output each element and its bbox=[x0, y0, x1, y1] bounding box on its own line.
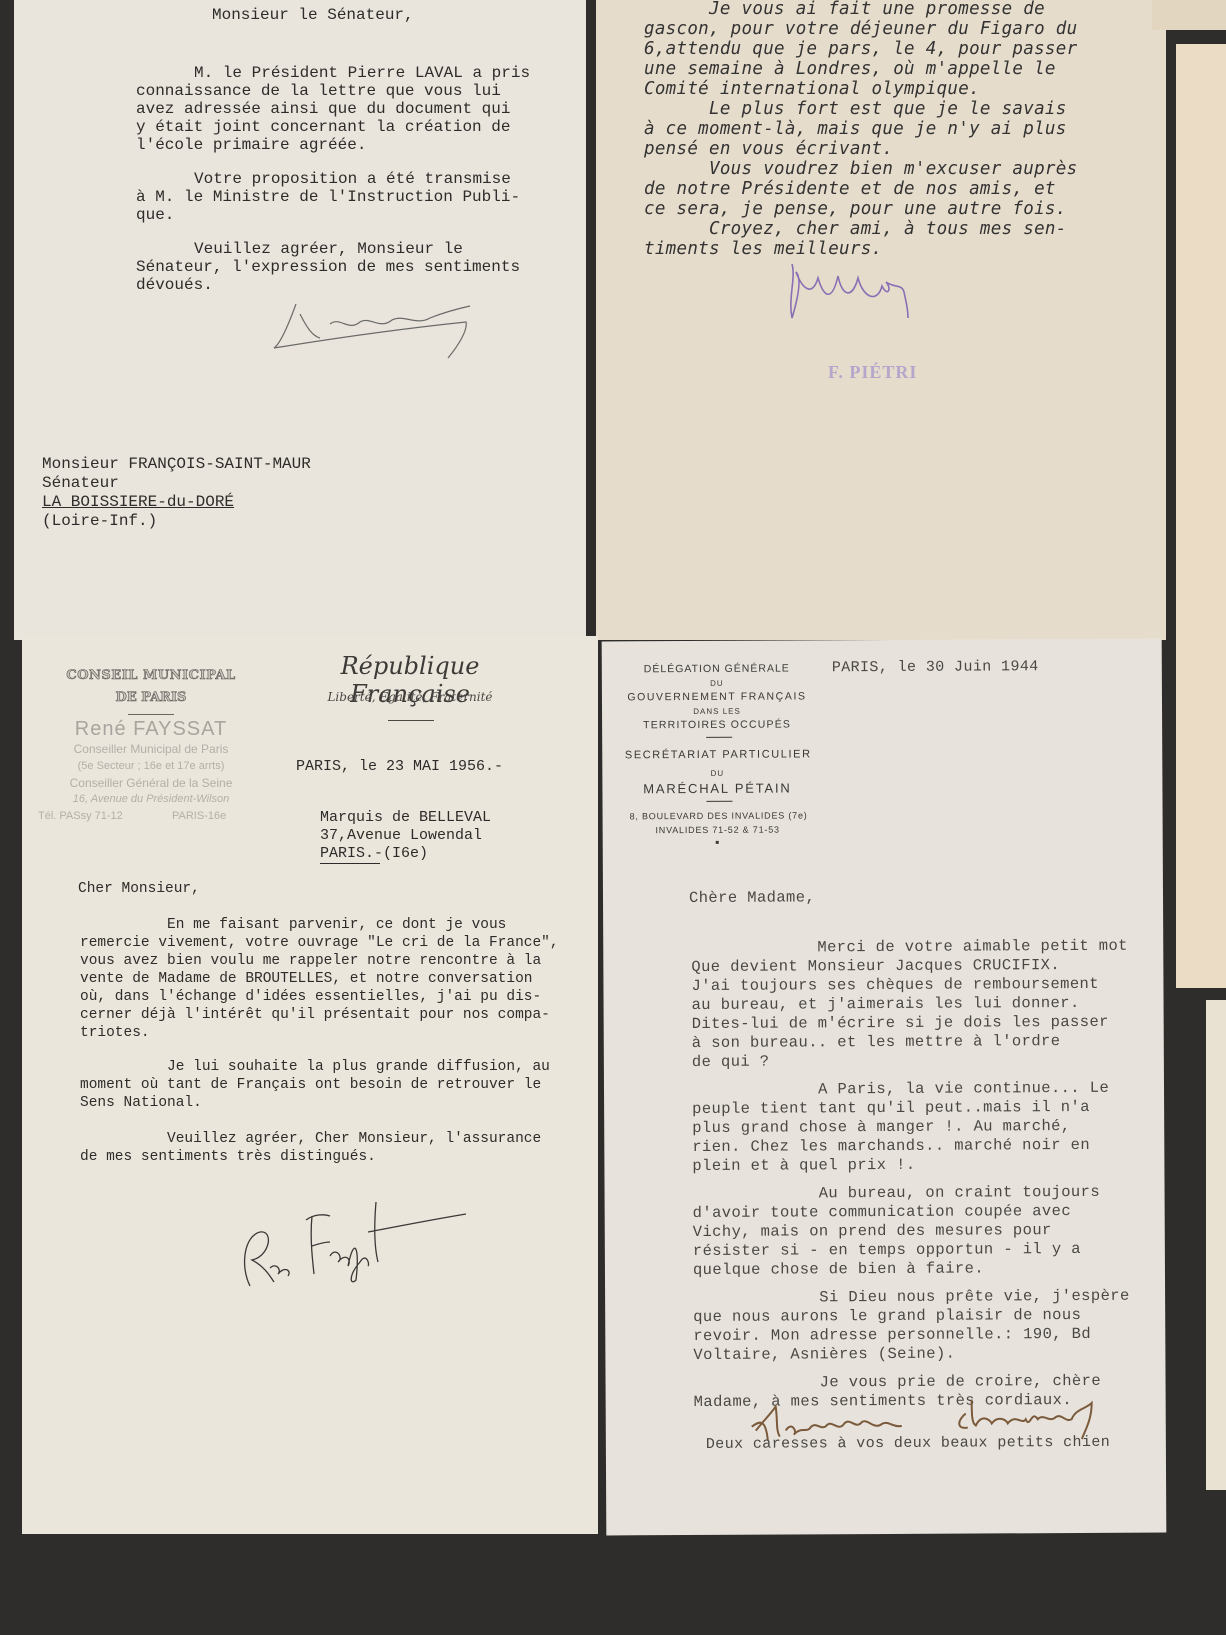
body-line: Que devient Monsieur Jacques CRUCIFIX. bbox=[691, 956, 1060, 977]
body-line: Vous voudrez bien m'excuser auprès bbox=[644, 160, 1077, 180]
body-line: Veuillez agréer, Cher Monsieur, l'assura… bbox=[80, 1130, 541, 1148]
body-line: Croyez, cher ami, à tous mes sen- bbox=[644, 220, 1067, 240]
paragraph-line: M. le Président Pierre LAVAL a pris bbox=[194, 64, 530, 83]
councillor-title: Conseiller Municipal de Paris bbox=[36, 742, 266, 756]
divider bbox=[706, 801, 732, 802]
body-line: remercie vivement, votre ouvrage "Le cri… bbox=[80, 934, 559, 952]
name-stamp: F. PIÉTRI bbox=[828, 362, 917, 383]
councillor-address: 16, Avenue du Président-Wilson bbox=[36, 793, 266, 805]
body-line: Vichy, mais on prend des mesures pour bbox=[693, 1221, 1052, 1242]
recipient-line: (Loire-Inf.) bbox=[42, 512, 157, 531]
republic-motto: Liberté, Egalité, Fraternité bbox=[290, 690, 530, 704]
salutation: Chère Madame, bbox=[689, 888, 815, 908]
paragraph-line: que. bbox=[136, 206, 174, 225]
recipient-line: PARIS.-(I6e) bbox=[320, 845, 428, 863]
partial-sheet-right bbox=[1176, 44, 1226, 988]
letterhead-line: DU bbox=[622, 768, 812, 778]
body-line: peuple tient tant qu'il peut..mais il n'… bbox=[692, 1098, 1090, 1119]
body-line: Si Dieu nous prête vie, j'espère bbox=[693, 1287, 1130, 1309]
letter-fayssat: CONSEIL MUNICIPAL DE PARIS René FAYSSAT … bbox=[22, 636, 598, 1534]
paragraph-line: Sénateur, l'expression de mes sentiments bbox=[136, 258, 520, 277]
body-line: Voltaire, Asnières (Seine). bbox=[693, 1345, 955, 1366]
body-line: ce sera, je pense, pour une autre fois. bbox=[644, 200, 1067, 220]
recipient-line: Monsieur FRANÇOIS-SAINT-MAUR bbox=[42, 455, 311, 474]
paragraph-line: avez adressée ainsi que du document qui bbox=[136, 100, 510, 119]
body-line: vente de Madame de BROUTELLES, et notre … bbox=[80, 970, 532, 988]
letterhead-phone: INVALIDES 71-52 & 71-53 bbox=[613, 824, 823, 835]
councillor-tel: Tél. PASsy 71-12 bbox=[38, 810, 138, 822]
body-line: une semaine à Londres, où m'appelle le bbox=[644, 60, 1056, 80]
paragraph-line: y était joint concernant la création de bbox=[136, 118, 510, 137]
councillor-city: PARIS-16e bbox=[172, 810, 252, 822]
body-line: au bureau, et j'aimerais les lui donner. bbox=[692, 994, 1080, 1015]
body-line: cerner déjà l'intérêt qu'il présentait p… bbox=[80, 1006, 550, 1024]
letter-date: PARIS, le 23 MAI 1956.- bbox=[296, 758, 503, 776]
postscript: Deux caresses à vos deux beaux petits ch… bbox=[706, 1433, 1110, 1454]
body-line: plus grand chose à manger !. Au marché, bbox=[692, 1117, 1070, 1138]
partial-sheet-bottom-right bbox=[1206, 1000, 1226, 1490]
body-line: de qui ? bbox=[692, 1053, 770, 1073]
body-line: de notre Présidente et de nos amis, et bbox=[644, 180, 1056, 200]
body-line: à son bureau.. et les mettre à l'ordre bbox=[692, 1032, 1061, 1053]
letter-laval: Monsieur le Sénateur, M. le Président Pi… bbox=[14, 0, 586, 640]
letter-pietri: Je vous ai fait une promesse de gascon, … bbox=[596, 0, 1166, 640]
body-line: d'avoir toute communication coupée avec bbox=[693, 1202, 1071, 1223]
letterhead-line: DANS LES bbox=[622, 706, 812, 716]
paragraph-line: l'école primaire agréée. bbox=[136, 136, 366, 155]
partial-sheet-top-right bbox=[1152, 0, 1226, 30]
signature-fayssat bbox=[230, 1196, 470, 1306]
body-line: résister si - en temps opportun - il y a bbox=[693, 1240, 1081, 1261]
paragraph-line: connaissance de la lettre que vous lui bbox=[136, 82, 501, 101]
recipient-line: 37,Avenue Lowendal bbox=[320, 827, 482, 845]
body-line: timents les meilleurs. bbox=[644, 240, 882, 260]
body-line: A Paris, la vie continue... Le bbox=[692, 1079, 1109, 1100]
body-line: plein et à quel prix !. bbox=[692, 1156, 915, 1176]
salutation: Monsieur le Sénateur, bbox=[212, 6, 414, 25]
letter-petain: DÉLÉGATION GÉNÉRALE DU GOUVERNEMENT FRAN… bbox=[602, 639, 1167, 1536]
bullet-dot bbox=[716, 841, 719, 844]
letterhead-line: DÉLÉGATION GÉNÉRALE bbox=[622, 662, 812, 675]
ornament-divider bbox=[388, 720, 434, 721]
body-line: quelque chose de bien à faire. bbox=[693, 1259, 984, 1280]
signature-laval bbox=[270, 296, 490, 368]
body-line: Sens National. bbox=[80, 1094, 202, 1112]
body-line: où, dans l'échange d'idées essentielles,… bbox=[80, 988, 541, 1006]
letterhead-address: 8, BOULEVARD DES INVALIDES (7e) bbox=[609, 810, 829, 821]
body-line: Merci de votre aimable petit mot bbox=[691, 937, 1128, 959]
letterhead-line: TERRITOIRES OCCUPÉS bbox=[622, 718, 812, 731]
body-line: Je vous ai fait une promesse de bbox=[644, 0, 1045, 20]
salutation: Cher Monsieur, bbox=[78, 880, 200, 898]
paragraph-line: Votre proposition a été transmise bbox=[194, 170, 511, 189]
paragraph-line: Veuillez agréer, Monsieur le bbox=[194, 240, 463, 259]
body-line: Dites-lui de m'écrire si je dois les pas… bbox=[692, 1013, 1109, 1034]
body-line: pensé en vous écrivant. bbox=[644, 140, 893, 160]
body-line: Le plus fort est que je le savais bbox=[644, 100, 1067, 120]
org-name: CONSEIL MUNICIPAL bbox=[56, 668, 246, 683]
body-line: Comité international olympique. bbox=[644, 80, 980, 100]
body-line: triotes. bbox=[80, 1024, 150, 1042]
body-line: vous avez bien voulu me rappeler notre r… bbox=[80, 952, 541, 970]
letterhead-title: MARÉCHAL PÉTAIN bbox=[612, 780, 822, 796]
recipient-line: LA BOISSIERE-du-DORÉ bbox=[42, 493, 234, 512]
body-line: gascon, pour votre déjeuner du Figaro du bbox=[644, 20, 1077, 40]
paragraph-line: à M. le Ministre de l'Instruction Publi- bbox=[136, 188, 520, 207]
body-line: J'ai toujours ses chèques de rembourseme… bbox=[691, 975, 1099, 996]
body-line: 6,attendu que je pars, le 4, pour passer bbox=[644, 40, 1077, 60]
body-line: que nous aurons le grand plaisir de nous bbox=[693, 1306, 1081, 1327]
divider bbox=[706, 737, 732, 738]
body-line: rien. Chez les marchands.. marché noir e… bbox=[692, 1136, 1090, 1157]
body-line: de mes sentiments très distingués. bbox=[80, 1148, 376, 1166]
body-line: à ce moment-là, mais que je n'y ai plus bbox=[644, 120, 1067, 140]
underline bbox=[320, 863, 380, 864]
org-city: DE PARIS bbox=[56, 690, 246, 705]
letterhead-line: GOUVERNEMENT FRANÇAIS bbox=[612, 690, 822, 703]
letterhead-line: DU bbox=[622, 678, 812, 688]
councillor-name: René FAYSSAT bbox=[42, 718, 260, 741]
recipient-line: Sénateur bbox=[42, 474, 119, 493]
councillor-sector: (5e Secteur ; 16e et 17e arrts) bbox=[36, 760, 266, 772]
body-line: moment où tant de Français ont besoin de… bbox=[80, 1076, 541, 1094]
recipient-line: Marquis de BELLEVAL bbox=[320, 809, 491, 827]
body-line: En me faisant parvenir, ce dont je vous bbox=[80, 916, 506, 934]
paragraph-line: dévoués. bbox=[136, 276, 213, 295]
councillor-general: Conseiller Général de la Seine bbox=[36, 776, 266, 790]
body-line: Je lui souhaite la plus grande diffusion… bbox=[80, 1058, 550, 1076]
letter-date: PARIS, le 30 Juin 1944 bbox=[832, 657, 1039, 677]
body-line: revoir. Mon adresse personnelle.: 190, B… bbox=[693, 1325, 1091, 1346]
letterhead-line: SECRÉTARIAT PARTICULIER bbox=[608, 748, 828, 761]
body-line: Au bureau, on craint toujours bbox=[693, 1183, 1101, 1204]
signature-pietri bbox=[782, 258, 942, 328]
ornament-divider bbox=[128, 714, 174, 715]
